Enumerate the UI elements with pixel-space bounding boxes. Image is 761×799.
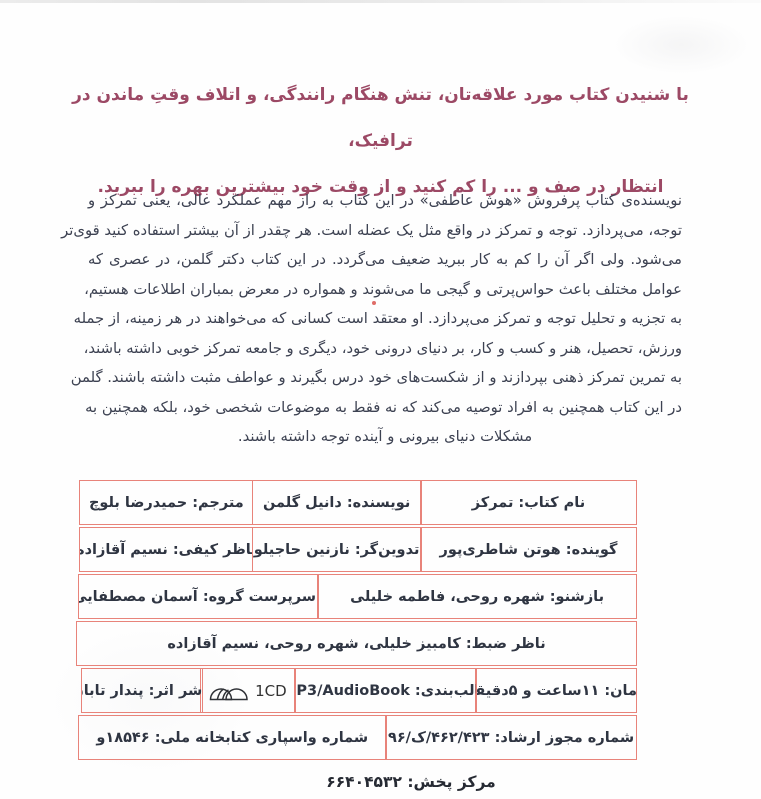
cell-quality-supervisor: ناظر کیفی: نسیم آقازاده <box>79 527 253 572</box>
description-line: می‌شود. ولی اگر آن را کم به کار ببرید ضع… <box>88 245 682 275</box>
table-row: زمان: ۱۱ساعت و ۵دقیقه قالب‌بندی: MP3/Aud… <box>76 668 637 713</box>
book-info-table: نام کتاب: تمرکز نویسنده: دانیل گلمن مترج… <box>76 480 637 762</box>
table-row: گوینده: هوتن شاطری‌پور تدوین‌گر: نازنین … <box>76 527 637 572</box>
cell-text: ناظر ضبط: کامبیز خلیلی، شهره روحی، نسیم … <box>167 636 545 652</box>
paper-blotch <box>611 15 751 75</box>
cd-icon <box>208 678 250 703</box>
promo-heading-line-1: با شنیدن کتاب مورد علاقه‌تان، تنش هنگام … <box>40 72 721 164</box>
cell-text: مترجم: حمیدرضا بلوچ <box>89 495 244 511</box>
table-row: شماره مجوز ارشاد: ۴۶۲/۴۲۳/ک/۹۶ شماره واس… <box>76 715 637 760</box>
description-line: ورزش، تحصیل، هنر و کسب و کار، بر دنیای د… <box>88 334 682 364</box>
cell-relisteners: بازشنو: شهره روحی، فاطمه خلیلی <box>317 574 637 619</box>
cell-text: نویسنده: دانیل گلمن <box>263 495 410 511</box>
table-row: ناظر ضبط: کامبیز خلیلی، شهره روحی، نسیم … <box>76 621 637 666</box>
cell-book-title: نام کتاب: تمرکز <box>420 480 637 525</box>
cell-text: گوینده: هوتن شاطری‌پور <box>440 542 618 558</box>
cell-text: ناشر اثر: پندار تابان <box>81 683 203 699</box>
cell-text: قالب‌بندی: MP3/AudioBook <box>295 683 477 699</box>
scan-edge-artifact <box>0 0 761 3</box>
cell-narrator: گوینده: هوتن شاطری‌پور <box>420 527 637 572</box>
table-row: نام کتاب: تمرکز نویسنده: دانیل گلمن مترج… <box>76 480 637 525</box>
description-line: به تمرین تمرکز ذهنی بپردازند و از شکست‌ه… <box>88 363 682 393</box>
cell-text: 1CD <box>255 682 287 700</box>
scanned-flyer-page: با شنیدن کتاب مورد علاقه‌تان، تنش هنگام … <box>0 0 761 799</box>
cell-group-lead: سرپرست گروه: آسمان مصطفایی <box>78 574 319 619</box>
description-line: مشکلات دنیای بیرونی و آینده توجه داشته ب… <box>88 422 682 452</box>
description-line: توجه، می‌پردازد. توجه و تمرکز در واقع مث… <box>88 216 682 246</box>
cell-library-deposit-number: شماره واسپاری کتابخانه ملی: ۱۸۵۴۶و <box>78 715 387 760</box>
cell-duration: زمان: ۱۱ساعت و ۵دقیقه <box>475 668 637 713</box>
footer-text: مرکز پخش: ۶۶۴۰۴۵۳۲ <box>326 773 495 791</box>
cell-publisher: ناشر اثر: پندار تابان <box>81 668 203 713</box>
cell-cd-count: 1CD <box>200 668 295 713</box>
cell-text: ناظر کیفی: نسیم آقازاده <box>79 542 253 558</box>
table-row: بازشنو: شهره روحی، فاطمه خلیلی سرپرست گر… <box>76 574 637 619</box>
description-line: در این کتاب همچنین به افراد توصیه می‌کند… <box>88 393 682 423</box>
cell-recording-supervisor: ناظر ضبط: کامبیز خلیلی، شهره روحی، نسیم … <box>76 621 637 666</box>
cell-author: نویسنده: دانیل گلمن <box>252 480 422 525</box>
description-line: نویسنده‌ی کتاب پرفروش «هوش عاطفی» در این… <box>88 186 682 216</box>
cell-text: شماره واسپاری کتابخانه ملی: ۱۸۵۴۶و <box>96 730 368 746</box>
cell-text: شماره مجوز ارشاد: ۴۶۲/۴۲۳/ک/۹۶ <box>388 730 634 746</box>
description-line: به تجزیه و تحلیل توجه و تمرکز می‌پردازد.… <box>88 304 682 334</box>
distribution-center-line: مرکز پخش: ۶۶۴۰۴۵۳۲ <box>300 773 522 791</box>
cell-text: بازشنو: شهره روحی، فاطمه خلیلی <box>350 589 604 605</box>
description-line: عوامل مختلف باعث حواس‌پرتی و گیجی ما می‌… <box>88 275 682 305</box>
cell-text: سرپرست گروه: آسمان مصطفایی <box>78 589 316 605</box>
cell-text: نام کتاب: تمرکز <box>472 495 585 511</box>
cell-license-number: شماره مجوز ارشاد: ۴۶۲/۴۲۳/ک/۹۶ <box>385 715 637 760</box>
red-speck-artifact <box>372 301 376 305</box>
book-description-paragraph: نویسنده‌ی کتاب پرفروش «هوش عاطفی» در این… <box>88 186 682 452</box>
cell-format: قالب‌بندی: MP3/AudioBook <box>295 668 477 713</box>
cell-editor: تدوین‌گر: نازنین حاجیلو <box>252 527 422 572</box>
cell-text: تدوین‌گر: نازنین حاجیلو <box>254 542 420 558</box>
cell-text: زمان: ۱۱ساعت و ۵دقیقه <box>475 683 637 699</box>
cell-translator: مترجم: حمیدرضا بلوچ <box>79 480 253 525</box>
